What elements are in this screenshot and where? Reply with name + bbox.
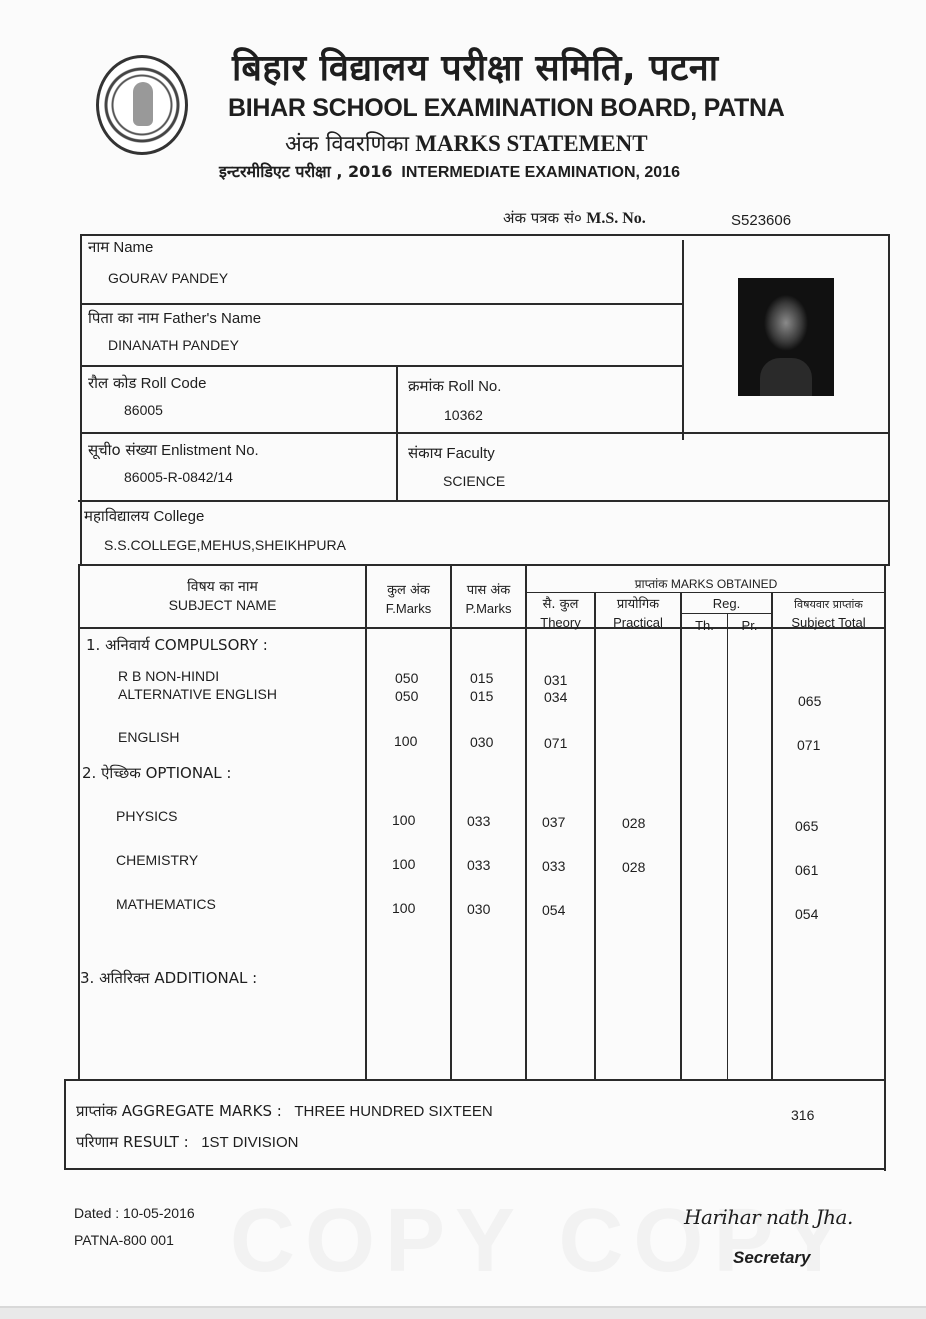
student-photo [738,278,834,396]
theory-cell: 031 [544,672,567,688]
header-subject-english: SUBJECT NAME [80,596,365,614]
header-practical: प्रायोगिक Practical [596,596,680,632]
header-subject: विषय का नाम SUBJECT NAME [80,578,365,614]
roll-no: 10362 [444,407,483,423]
college-name: S.S.COLLEGE,MEHUS,SHEIKHPURA [104,537,346,553]
ms-no-label-hindi: अंक पत्रक सं० [503,209,582,227]
total-cell: 065 [798,693,821,709]
divider [888,234,890,564]
faculty-label-english: Faculty [446,445,494,462]
col-divider [365,566,367,1079]
faculty-label-hindi: संकाय [408,444,442,462]
header-marks-obtained: प्राप्तांक MARKS OBTAINED [527,576,885,592]
statement-title-hindi: अंक विवरणिका [285,132,409,157]
header-total-hindi: विषयवार प्राप्तांक [773,596,884,614]
col-divider [771,593,773,1079]
fmarks-cell: 100 [392,856,415,872]
roll-code: 86005 [124,402,163,418]
exam-title: इन्टरमीडिएट परीक्षा , 2016 INTERMEDIATE … [219,160,680,182]
exam-title-english: INTERMEDIATE EXAMINATION, 2016 [401,164,680,181]
aggregate-value: 316 [791,1107,814,1123]
header-reg: Reg. [682,595,771,613]
fmarks-cell: 100 [394,733,417,749]
header-pmarks-hindi: पास अंक [452,582,525,600]
dated-label: Dated : [74,1205,119,1221]
student-name: GOURAV PANDEY [108,270,228,286]
divider [64,1168,886,1170]
divider [78,564,80,1079]
signatory-title: Secretary [733,1248,811,1268]
header-pmarks: पास अंक P.Marks [452,582,525,618]
aggregate-label: प्राप्तांक AGGREGATE MARKS : [76,1102,282,1120]
subject-name: R B NON-HINDI [118,668,219,684]
header-theory-english: Theory [527,614,594,632]
roll-no-label-hindi: क्रमांक [408,377,444,395]
col-divider [680,593,682,1079]
divider [78,500,890,502]
total-cell: 071 [797,737,820,753]
board-title-english: BIHAR SCHOOL EXAMINATION BOARD, PATNA [228,94,785,123]
theory-cell: 071 [544,735,567,751]
name-label-english: Name [113,239,153,256]
header-theory: सै. कुल Theory [527,596,594,632]
subject-name: PHYSICS [116,808,177,824]
fmarks-cell: 100 [392,900,415,916]
fmarks-cell: 050 [395,670,418,686]
father-name: DINANATH PANDEY [108,337,239,353]
pmarks-cell: 030 [467,901,490,917]
divider [80,365,684,367]
fmarks-cell: 100 [392,812,415,828]
divider [680,613,772,614]
enlistment-no: 86005-R-0842/14 [124,469,233,485]
theory-cell: 033 [542,858,565,874]
divider [64,1079,886,1081]
father-name-label: पिता का नाम Father's Name [88,308,261,328]
header-fmarks-english: F.Marks [367,600,450,618]
place: PATNA-800 001 [74,1232,174,1248]
pmarks-cell: 015 [470,688,493,704]
roll-code-label: रौल कोड Roll Code [88,373,206,393]
header-reg-th: Th. [682,617,727,635]
divider [80,432,890,434]
section-compulsory-label: 1. अनिवार्य COMPULSORY : [86,636,268,654]
theory-cell: 037 [542,814,565,830]
theory-cell: 054 [542,902,565,918]
divider [884,1079,886,1171]
col-divider [450,566,452,1079]
subject-name: MATHEMATICS [116,896,216,912]
father-label-english: Father's Name [163,310,261,327]
practical-cell: 028 [622,859,645,875]
pmarks-cell: 015 [470,670,493,686]
header-subject-total: विषयवार प्राप्तांक Subject Total [773,596,884,632]
header-reg-pr: Pr. [728,617,771,635]
practical-cell: 028 [622,815,645,831]
roll-code-label-english: Roll Code [141,375,207,392]
faculty-label: संकाय Faculty [408,443,495,463]
total-cell: 054 [795,906,818,922]
signature: Harihar nath Jha. [684,1205,853,1229]
divider [80,234,82,564]
exam-title-hindi: इन्टरमीडिएट परीक्षा , 2016 [219,162,393,181]
ms-no-label: M.S. No. [586,210,646,227]
college-label-english: College [153,508,204,525]
ms-no-value: S523606 [731,212,791,229]
roll-no-label-english: Roll No. [448,378,501,395]
subject-name: CHEMISTRY [116,852,198,868]
dated: Dated : 10-05-2016 [74,1205,195,1221]
divider [884,564,886,1079]
roll-no-label: क्रमांक Roll No. [408,376,501,396]
faculty: SCIENCE [443,473,505,489]
header-practical-hindi: प्रायोगिक [596,596,680,614]
header-total-english: Subject Total [773,614,884,632]
header-pmarks-english: P.Marks [452,600,525,618]
divider [682,240,684,440]
dated-value: 10-05-2016 [123,1205,195,1221]
college-label: महाविद्यालय College [84,506,204,526]
header-practical-english: Practical [596,614,680,632]
page-bottom-margin [0,1308,926,1319]
divider [80,234,890,236]
header-fmarks-hindi: कुल अंक [367,582,450,600]
enlistment-label: सूचीο संख्या Enlistment No. [88,440,259,460]
pmarks-cell: 033 [467,857,490,873]
divider [64,1079,66,1169]
board-seal-icon [96,55,188,155]
section-additional: 3. अतिरिक्त ADDITIONAL : [80,968,257,988]
col-divider [525,566,527,1079]
aggregate-words: THREE HUNDRED SIXTEEN [294,1103,492,1120]
ms-number: अंक पत्रक सं० M.S. No. S523606 [503,208,646,228]
name-label: नाम Name [88,237,153,257]
statement-title: अंक विवरणिका MARKS STATEMENT [285,128,648,158]
roll-code-label-hindi: रौल कोड [88,374,136,392]
header-subject-hindi: विषय का नाम [80,578,365,596]
col-divider [727,614,728,1079]
total-cell: 065 [795,818,818,834]
divider [78,564,890,566]
divider [396,366,398,502]
pmarks-cell: 030 [470,734,493,750]
header-theory-hindi: सै. कुल [527,596,594,614]
name-label-hindi: नाम [88,238,109,256]
statement-title-english: MARKS STATEMENT [415,131,647,156]
board-title-hindi: बिहार विद्यालय परीक्षा समिति, पटना [232,42,719,91]
pmarks-cell: 033 [467,813,490,829]
result-value: 1ST DIVISION [201,1134,298,1151]
college-label-hindi: महाविद्यालय [84,507,149,525]
divider [525,592,885,593]
section-optional: 2. ऐच्छिक OPTIONAL : [82,763,232,783]
fmarks-cell: 050 [395,688,418,704]
section-additional-label: 3. अतिरिक्त ADDITIONAL : [80,969,257,987]
result-row: परिणाम RESULT : 1ST DIVISION [76,1132,298,1152]
father-label-hindi: पिता का नाम [88,309,159,327]
theory-cell: 034 [544,689,567,705]
total-cell: 061 [795,862,818,878]
header-fmarks: कुल अंक F.Marks [367,582,450,618]
result-label: परिणाम RESULT : [76,1133,189,1151]
col-divider [594,593,596,1079]
enlistment-label-english: Enlistment No. [161,442,259,459]
section-optional-label: 2. ऐच्छिक OPTIONAL : [82,764,232,782]
subject-name: ALTERNATIVE ENGLISH [118,686,277,702]
aggregate-row: प्राप्तांक AGGREGATE MARKS : THREE HUNDR… [76,1101,493,1121]
divider [80,303,684,305]
section-compulsory: 1. अनिवार्य COMPULSORY : [86,635,268,655]
enlistment-label-hindi: सूचीο संख्या [88,441,157,459]
subject-name: ENGLISH [118,729,179,745]
